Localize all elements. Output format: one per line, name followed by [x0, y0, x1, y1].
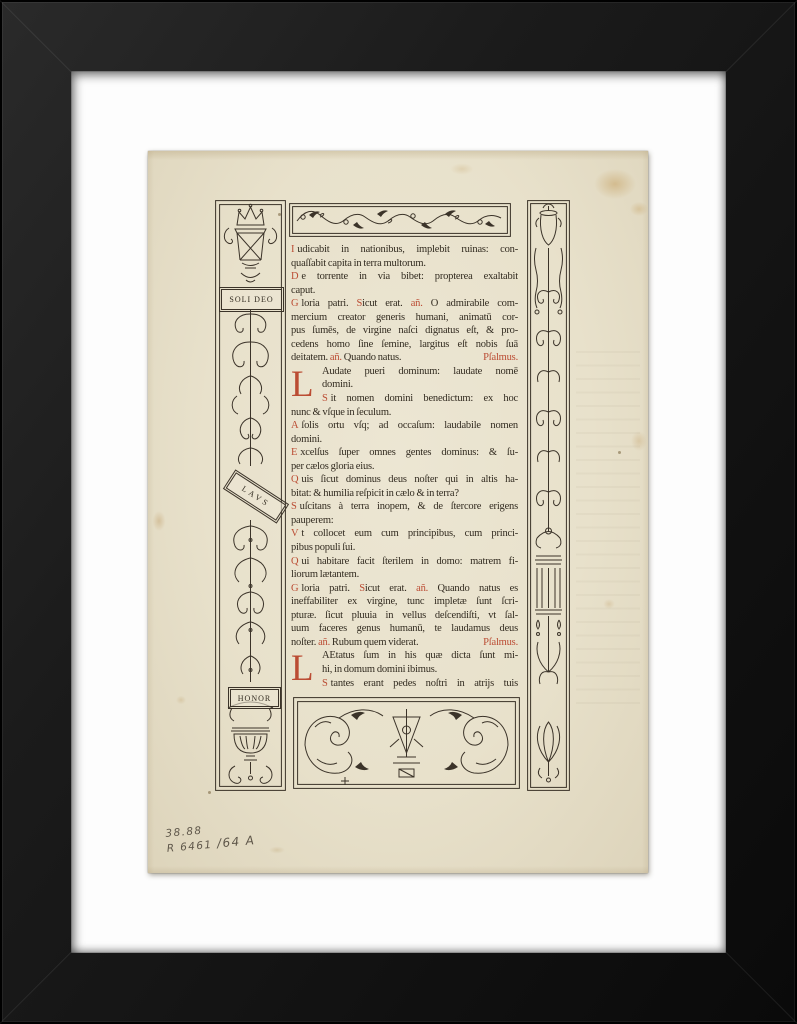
honor-label: HONOR: [238, 694, 271, 703]
text-line: pturæ. ſicut pluuia in vellus deſcendiſt…: [291, 609, 518, 623]
paragraph: Qui habitare facit ſterilem in domo: mat…: [291, 555, 518, 582]
frame-miter-corner: [726, 952, 797, 1024]
fluted-column-icon: [535, 556, 562, 614]
body-text: noſter.: [291, 637, 318, 648]
rubric-text: Q: [291, 556, 298, 567]
body-text: pauperem:: [291, 515, 334, 526]
body-text: per cælos gloria eius.: [291, 461, 374, 472]
text-line: Qui habitare facit ſterilem in domo: mat…: [291, 555, 518, 569]
text-line: Quis ſicut dominus deus noſter qui in al…: [291, 473, 518, 487]
soli-deo-plaque: SOLI DEO: [221, 289, 282, 310]
top-border-woodcut: [289, 203, 511, 237]
book-leaf: SOLI DEO LAVS HONOR Iudicabit in nationi…: [148, 151, 648, 873]
palmette-icon: [537, 722, 559, 778]
psalm-text-column: Iudicabit in nationibus, implebit ruinas…: [291, 243, 518, 690]
rubric-text: añ.: [318, 637, 330, 648]
body-text: udicabit in nationibus, implebit ruinas:…: [297, 244, 518, 255]
text-line: quaſſabit capita in terra multorum.: [291, 257, 518, 271]
body-text: domini.: [291, 434, 322, 445]
body-text: uum faceres genus humanū, te laudamus de…: [291, 623, 518, 634]
body-text: hi, in domum domini ibimus.: [322, 664, 437, 675]
foxing-stain: [628, 427, 650, 455]
vine-scroll-icon: [297, 211, 501, 223]
frame-miter-corner: [726, 0, 797, 72]
rubric-text: G: [291, 583, 298, 594]
text-line: Suſcitans à terra inopem, & de ſtercore …: [291, 500, 518, 514]
rubric-text: añ.: [416, 583, 428, 594]
text-line: liorum lætantem.: [291, 568, 518, 582]
body-text: pus ſumēs, de virgine naſci dignatus eſt…: [291, 325, 518, 336]
brazier-icon: [235, 229, 266, 260]
rubric-text: Q: [291, 474, 298, 485]
foxing-stain: [150, 507, 168, 535]
text-line: cedens homo ſine ſemine, largitus eſt no…: [291, 338, 518, 352]
body-text: Quando natus.: [342, 352, 401, 363]
framed-artwork-photo: SOLI DEO LAVS HONOR Iudicabit in nationi…: [0, 0, 797, 1024]
foxing-stain: [601, 597, 617, 611]
body-text: mercium creator generis humani, animatū …: [291, 312, 518, 323]
rubric-text: A: [291, 420, 298, 431]
body-text: quaſſabit capita in terra multorum.: [291, 258, 426, 269]
bottom-border-woodcut: [293, 697, 520, 789]
text-line: pus ſumēs, de virgine naſci dignatus eſt…: [291, 324, 518, 338]
text-line: Aſolis ortu vſq; ad occaſum: laudabile n…: [291, 419, 518, 433]
paragraph: De torrente in via bibet: propterea exal…: [291, 270, 518, 297]
body-text: Audate pueri dominum: laudate nomē: [322, 366, 518, 377]
drop-initial: L: [291, 366, 317, 405]
honor-plaque: HONOR: [230, 689, 279, 707]
foxing-stain: [586, 163, 644, 205]
body-text: deitatem.: [291, 352, 330, 363]
paragraph: Vt collocet eum cum principibus, cum pri…: [291, 527, 518, 554]
frame-miter-corner: [0, 0, 71, 72]
text-line: Stantes erant pedes noſtri in atrijs tui…: [322, 677, 518, 691]
foxing-stain: [446, 161, 478, 177]
collection-inscription: 38.88 R 6461 /64 A: [165, 819, 256, 856]
soli-deo-label: SOLI DEO: [229, 295, 273, 304]
body-text: Quando natus es: [428, 583, 518, 594]
body-text: loria patri.: [301, 583, 359, 594]
text-line: Excelſus ſuper omnes gentes dominus: & ſ…: [291, 446, 518, 460]
dropcap-block: LAudate pueri dominum: laudate nomēdomin…: [291, 365, 518, 406]
foxing-stain: [266, 845, 288, 855]
body-text: O admirabile com-: [423, 298, 518, 309]
body-text: tantes erant pedes noſtri in atrijs tuis: [331, 678, 518, 689]
mat-board: SOLI DEO LAVS HONOR Iudicabit in nationi…: [71, 71, 726, 953]
text-line: nunc & vſque in ſeculum.: [291, 406, 518, 420]
cross-mark-icon: [341, 777, 349, 785]
body-text: ineffabiliter ex virgine, tunc impletæ ſ…: [291, 596, 518, 607]
inscription-line-3: /64 A: [216, 833, 255, 850]
body-text: xcelſus ſuper omnes gentes dominus: & ſu…: [300, 447, 518, 458]
rubric-text: S: [322, 393, 328, 404]
text-line: noſter. añ. Rubum quem viderat.Pſalmus.: [291, 636, 518, 650]
body-text: it nomen domini benedictum: ex hoc: [331, 393, 518, 404]
text-line: AEtatus ſum in his quæ dicta ſunt mi-: [322, 649, 518, 663]
rubric-text: D: [291, 271, 298, 282]
rubric-text: G: [291, 298, 298, 309]
body-text: cedens homo ſine ſemine, largitus eſt no…: [291, 339, 518, 350]
text-line: De torrente in via bibet: propterea exal…: [291, 270, 518, 284]
body-text: icut erat.: [362, 298, 411, 309]
body-text: ſolis ortu vſq; ad occaſum: laudabile no…: [301, 420, 518, 431]
right-border-woodcut: [527, 200, 570, 791]
paragraph: Iudicabit in nationibus, implebit ruinas…: [291, 243, 518, 270]
body-text: loria patri.: [301, 298, 356, 309]
rubric-text: Pſalmus.: [483, 351, 518, 365]
text-line: Vt collocet eum cum principibus, cum pri…: [291, 527, 518, 541]
urn-icon: [231, 728, 270, 760]
body-text: caput.: [291, 285, 315, 296]
body-text: e torrente in via bibet: propterea exalt…: [301, 271, 518, 282]
text-line: domini.: [291, 433, 518, 447]
rubric-text: S: [322, 678, 328, 689]
rubric-text: I: [291, 244, 294, 255]
body-text: AEtatus ſum in his quæ dicta ſunt mi-: [322, 650, 518, 661]
paragraph: Quis ſicut dominus deus noſter qui in al…: [291, 473, 518, 500]
paper-speck: [618, 451, 621, 454]
rubric-text: V: [291, 528, 298, 539]
body-text: pibus populi ſui.: [291, 542, 355, 553]
text-line: pibus populi ſui.: [291, 541, 518, 555]
foxing-stain: [626, 199, 652, 219]
text-line: hi, in domum domini ibimus.: [322, 663, 518, 677]
paragraph: Aſolis ortu vſq; ad occaſum: laudabile n…: [291, 419, 518, 446]
text-line: Gloria patri. Sicut erat. añ. Quando nat…: [291, 582, 518, 596]
text-line: uum faceres genus humanū, te laudamus de…: [291, 622, 518, 636]
body-text: liorum lætantem.: [291, 569, 359, 580]
rubric-text: E: [291, 447, 297, 458]
text-line: Iudicabit in nationibus, implebit ruinas…: [291, 243, 518, 257]
body-text: bitat: & humilia reſpicit in cælo & in t…: [291, 488, 459, 499]
text-line: ineffabiliter ex virgine, tunc impletæ ſ…: [291, 595, 518, 609]
text-line: caput.: [291, 284, 518, 298]
body-text: Rubum quem viderat.: [330, 637, 418, 648]
rubric-text: S: [291, 501, 297, 512]
frame-miter-corner: [0, 952, 71, 1024]
text-line: mercium creator generis humani, animatū …: [291, 311, 518, 325]
urn-icon: [540, 211, 557, 216]
body-text: uſcitans à terra inopem, & de ſtercore e…: [300, 501, 518, 512]
paragraph: Gloria patri. Sicut erat. añ. Quando nat…: [291, 582, 518, 650]
rubric-text: añ.: [411, 298, 423, 309]
scroll-flourish-icon: [305, 710, 383, 773]
verso-showthrough: [576, 351, 640, 711]
paper-speck: [208, 791, 211, 794]
rubric-text: añ.: [330, 352, 342, 363]
text-line: deitatem. añ. Quando natus.Pſalmus.: [291, 351, 518, 365]
body-text: nunc & vſque in ſeculum.: [291, 407, 391, 418]
foxing-stain: [174, 694, 188, 706]
text-line: domini.: [322, 378, 518, 392]
body-text: domini.: [322, 379, 353, 390]
body-text: ui habitare facit ſterilem in domo: matr…: [301, 556, 518, 567]
paragraph: Gloria patri. Sicut erat. añ. O admirabi…: [291, 297, 518, 365]
body-text: icut erat.: [365, 583, 416, 594]
paragraph: nunc & vſque in ſeculum.: [291, 406, 518, 420]
text-line: per cælos gloria eius.: [291, 460, 518, 474]
dropcap-block: LAEtatus ſum in his quæ dicta ſunt mi-hi…: [291, 649, 518, 690]
body-text: uis ſicut dominus deus noſter qui in alt…: [301, 474, 518, 485]
paragraph: Suſcitans à terra inopem, & de ſtercore …: [291, 500, 518, 527]
text-line: bitat: & humilia reſpicit in cælo & in t…: [291, 487, 518, 501]
drop-initial: L: [291, 650, 317, 689]
body-text: t collocet eum cum principibus, cum prin…: [301, 528, 518, 539]
central-figure-icon: [390, 709, 423, 777]
body-text: pturæ. ſicut pluuia in vellus deſcendiſt…: [291, 610, 518, 621]
rubric-text: Pſalmus.: [483, 636, 518, 650]
paragraph: Excelſus ſuper omnes gentes dominus: & ſ…: [291, 446, 518, 473]
text-line: Audate pueri dominum: laudate nomē: [322, 365, 518, 379]
text-line: pauperem:: [291, 514, 518, 528]
text-line: Gloria patri. Sicut erat. añ. O admirabi…: [291, 297, 518, 311]
picture-frame: SOLI DEO LAVS HONOR Iudicabit in nationi…: [0, 0, 797, 1024]
text-line: Sit nomen domini benedictum: ex hoc: [322, 392, 518, 406]
